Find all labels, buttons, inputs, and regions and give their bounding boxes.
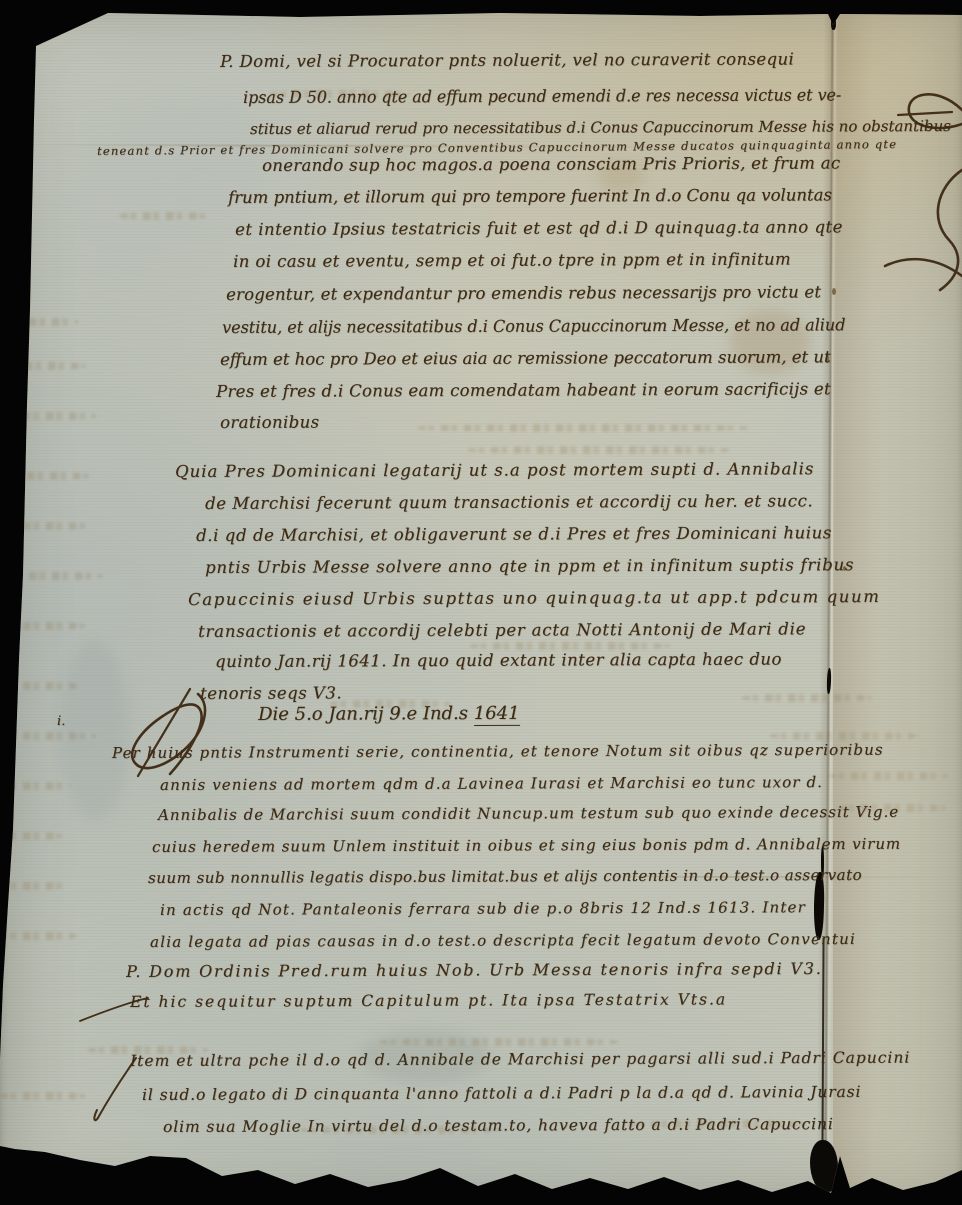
manuscript-line: quinto Jan.rij 1641. In quo quid extant …	[215, 650, 782, 671]
manuscript-line: P. Dom Ordinis Pred.rum huius Nob. Urb M…	[126, 959, 823, 981]
manuscript-line: olim sua Moglie In virtu del d.o testam.…	[163, 1115, 834, 1136]
manuscript-line: et intentio Ipsius testatricis fuit et e…	[235, 217, 843, 239]
manuscript-line: d.i qd de Marchisi, et obligaverunt se d…	[196, 523, 832, 545]
manuscript-line: Item et ultra pche il d.o qd d. Annibale…	[130, 1049, 910, 1070]
manuscript-line: Per huius pntis Instrumenti serie, conti…	[112, 741, 884, 762]
manuscript-line: vestitu, et alijs necessitatibus d.i Con…	[222, 315, 845, 337]
manuscript-line: stitus et aliarud rerud pro necessitatib…	[250, 117, 951, 138]
scan-stage: i. P. Domi, vel si Procurator pnts nolue…	[0, 0, 962, 1205]
manuscript-line: orationibus	[220, 413, 320, 432]
manuscript-line: cuius heredem suum Unlem instituit in oi…	[152, 835, 901, 856]
manuscript-line: Annibalis de Marchisi suum condidit Nunc…	[158, 803, 899, 824]
manuscript-line: pntis Urbis Messe solvere anno qte in pp…	[205, 555, 854, 577]
manuscript-line: Pres et fres d.i Conus eam comendatam ha…	[216, 379, 831, 401]
manuscript-line: onerando sup hoc magos.a poena consciam …	[262, 153, 840, 175]
manuscript-line: annis veniens ad mortem qdm d.a Lavinea …	[160, 773, 823, 794]
manuscript-line: erogentur, et expendantur pro emendis re…	[226, 282, 821, 304]
manuscript-line: transactionis et accordij celebti per ac…	[198, 619, 806, 641]
date-heading-underlined-year: 1641	[474, 703, 520, 726]
manuscript-line: il sud.o legato di D cinquanta l'anno fa…	[142, 1083, 861, 1104]
date-heading-text: Die 5.o Jan.rij 9.e Ind.s	[258, 703, 474, 725]
manuscript-line: Capuccinis eiusd Urbis supttas uno quinq…	[188, 587, 880, 609]
manuscript-line: suum sub nonnullis legatis dispo.bus lim…	[148, 866, 862, 887]
manuscript-line: effum et hoc pro Deo et eius aia ac remi…	[220, 347, 831, 369]
date-heading: Die 5.o Jan.rij 9.e Ind.s 1641	[258, 703, 520, 725]
manuscript-line: tenoris seqs V3.	[200, 683, 342, 703]
manuscript-line: alia legata ad pias causas in d.o test.o…	[150, 930, 856, 951]
manuscript-line: Et hic sequitur suptum Capitulum pt. Ita…	[130, 990, 727, 1011]
manuscript-text: i. P. Domi, vel si Procurator pnts nolue…	[0, 0, 962, 1205]
manuscript-line: Quia Pres Dominicani legatarij ut s.a po…	[175, 459, 814, 481]
manuscript-line: de Marchisi fecerunt quum transactionis …	[205, 491, 813, 513]
manuscript-line: ipsas D 50. anno qte ad effum pecund eme…	[243, 85, 841, 107]
manuscript-page: i. P. Domi, vel si Procurator pnts nolue…	[0, 0, 962, 1205]
manuscript-line: in oi casu et eventu, semp et oi fut.o t…	[233, 250, 791, 271]
manuscript-line: in actis qd Not. Pantaleonis ferrara sub…	[160, 898, 806, 919]
margin-mark: i.	[57, 714, 65, 729]
manuscript-line: P. Domi, vel si Procurator pnts noluerit…	[220, 49, 794, 71]
manuscript-line: frum pntium, et illorum qui pro tempore …	[228, 185, 832, 207]
